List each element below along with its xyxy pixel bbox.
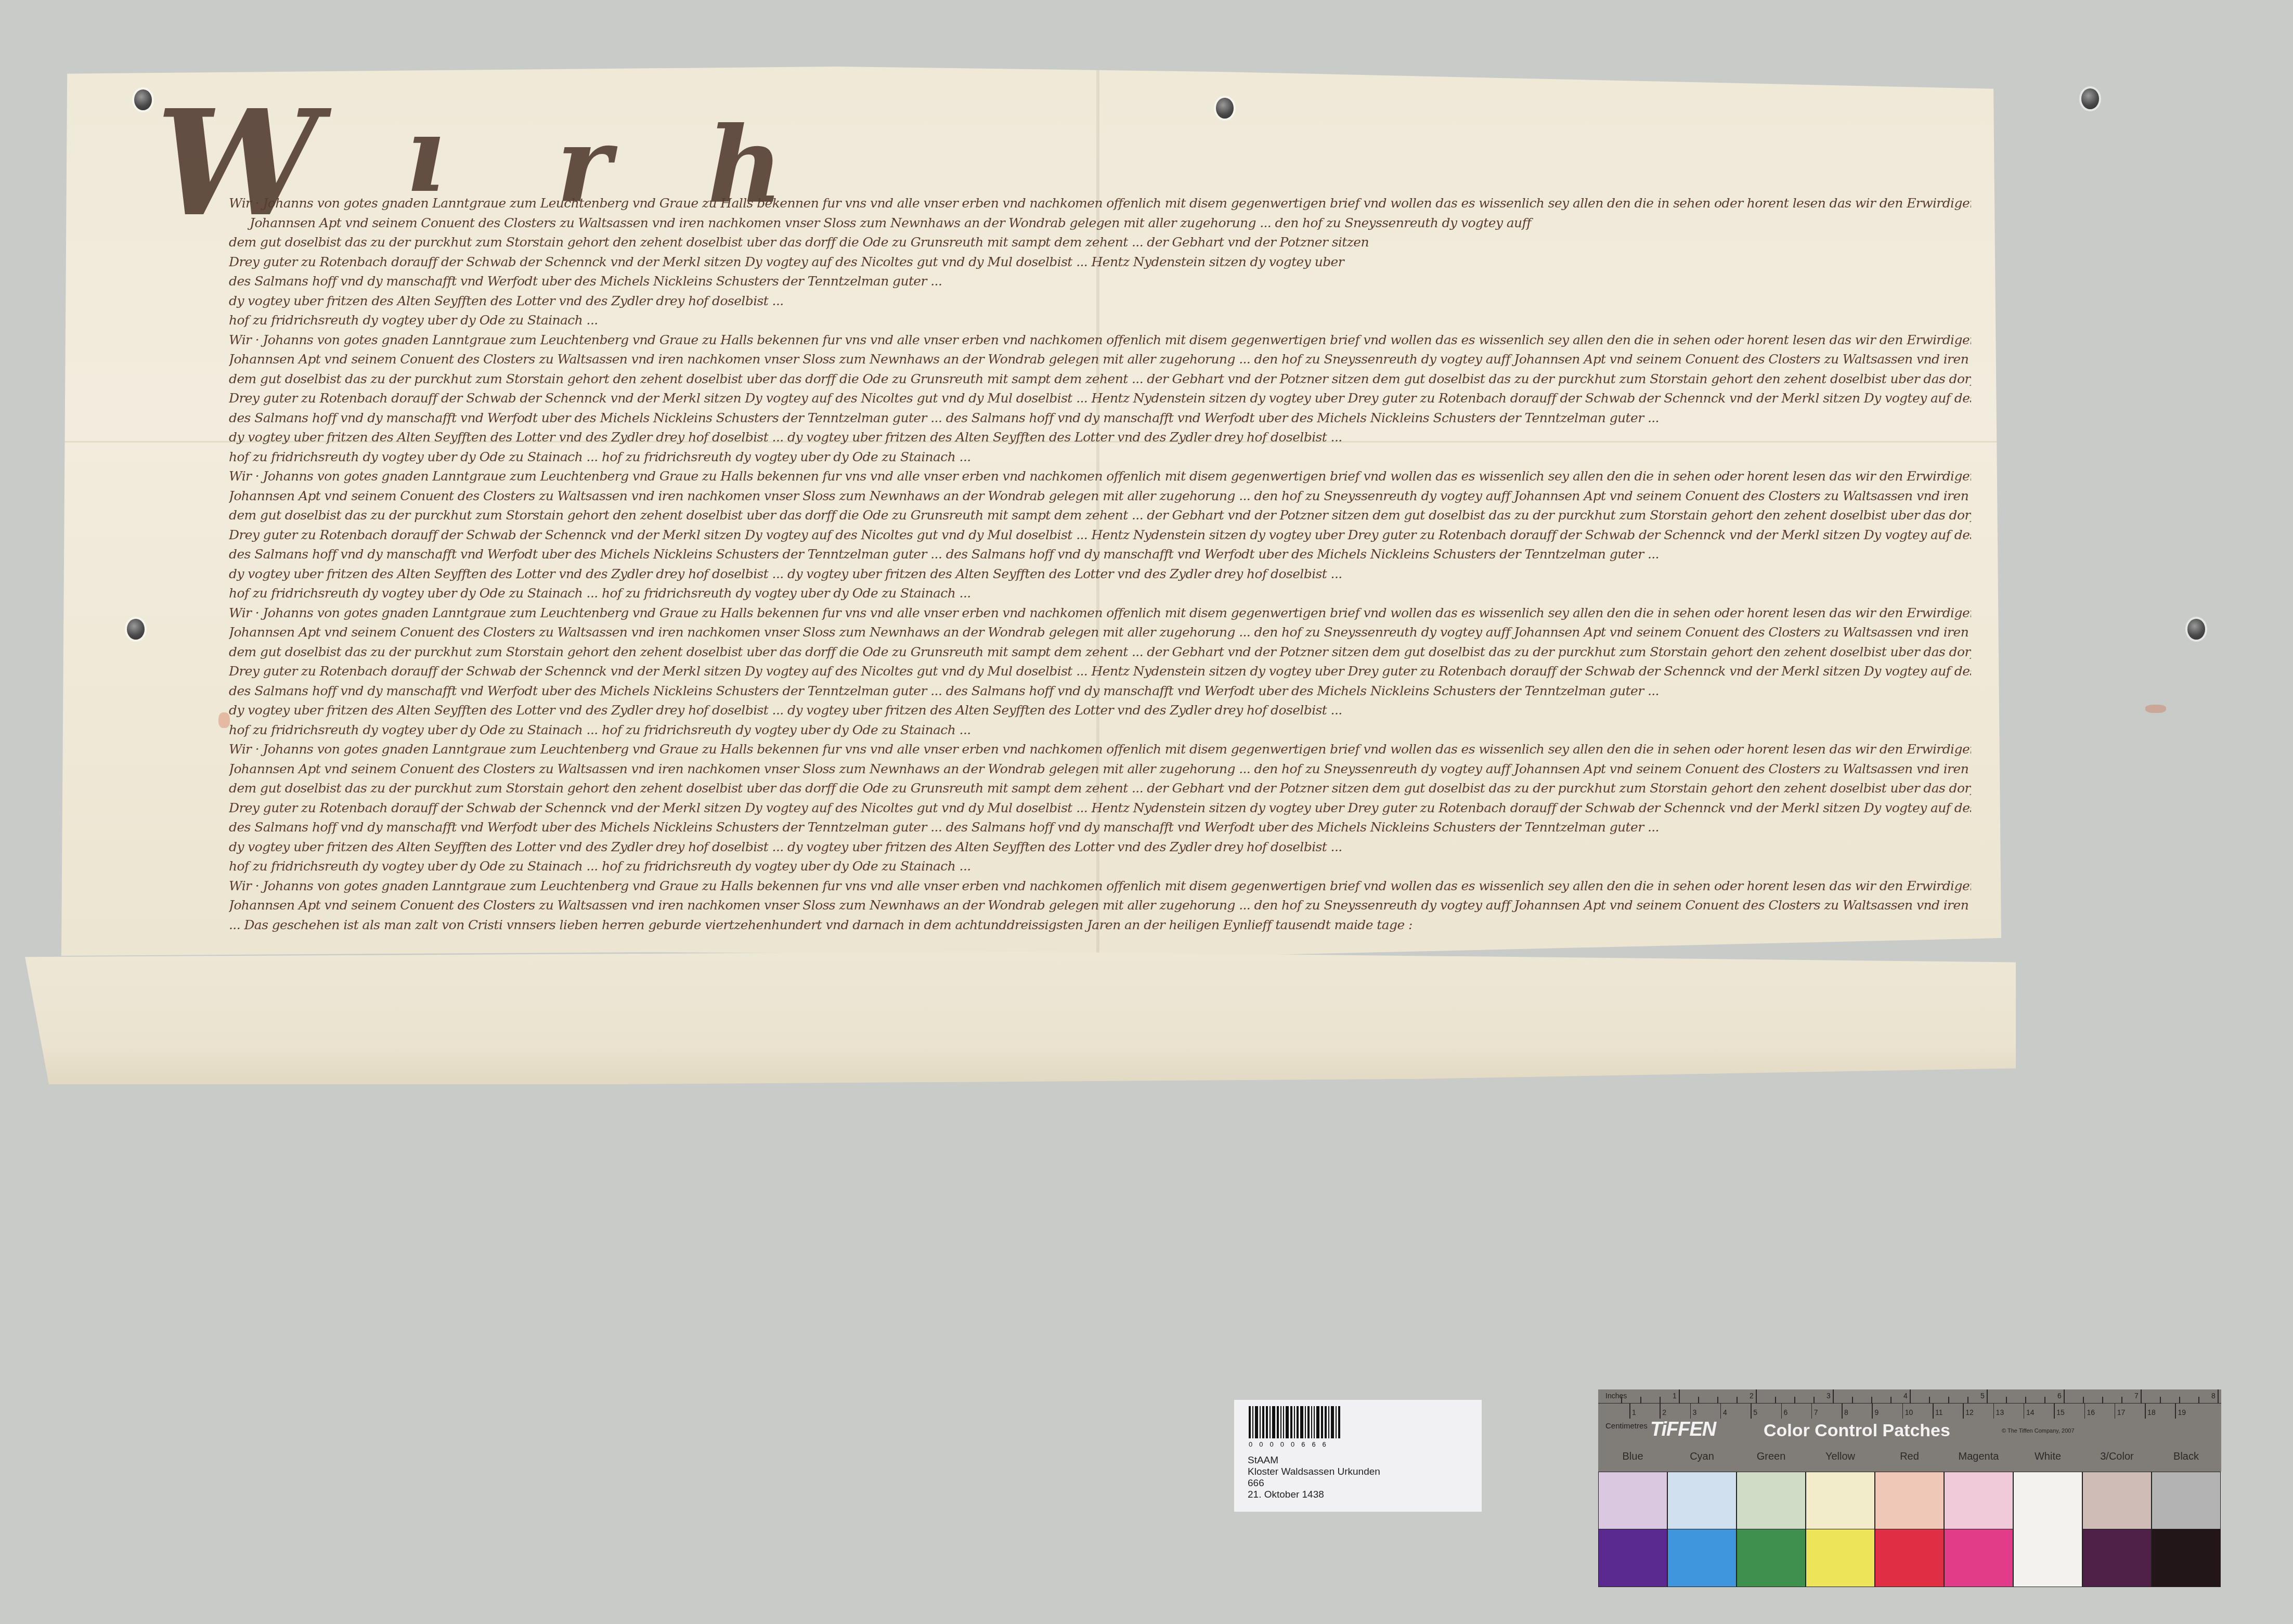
inch-tick	[2218, 1389, 2219, 1403]
inch-minor-tick	[1775, 1397, 1776, 1403]
inch-minor-tick	[1890, 1397, 1892, 1403]
script-line: hof zu fridrichsreuth dy vogtey uber dy …	[229, 447, 1971, 467]
inch-minor-tick	[2083, 1397, 2084, 1403]
patch-light-blue	[1598, 1472, 1667, 1530]
inch-minor-tick	[1660, 1397, 1661, 1403]
inch-tick	[1679, 1389, 1680, 1403]
script-line: Wir · Johanns von gotes gnaden Lanntgrau…	[229, 876, 1971, 896]
barcode-bar	[1307, 1406, 1310, 1438]
script-line: dy vogtey uber fritzen des Alten Seyffte…	[229, 291, 1971, 311]
inch-tick	[1910, 1389, 1911, 1403]
patch-light-3-color	[2082, 1472, 2152, 1530]
cm-tick-label: 19	[2178, 1408, 2186, 1417]
barcode-bar	[1249, 1406, 1251, 1438]
inch-minor-tick	[1717, 1397, 1718, 1403]
script-line: hof zu fridrichsreuth dy vogtey uber dy …	[229, 310, 1971, 330]
cm-tick-label: 1	[1632, 1408, 1636, 1417]
patch-label-3-color: 3/Color	[2082, 1451, 2152, 1463]
inch-minor-tick	[2025, 1397, 2026, 1403]
script-line: Wir · Johanns von gotes gnaden Lanntgrau…	[229, 330, 1971, 350]
inch-tick	[1987, 1389, 1988, 1403]
script-line: dy vogtey uber fritzen des Alten Seyffte…	[229, 837, 1971, 857]
label-collection: Kloster Waldsassen Urkunden	[1248, 1466, 1380, 1478]
inch-minor-tick	[1813, 1397, 1815, 1403]
inch-tick	[2064, 1389, 2065, 1403]
barcode-bar	[1316, 1406, 1319, 1438]
inch-minor-tick	[2179, 1397, 2180, 1403]
inch-tick	[1833, 1389, 1834, 1403]
cm-tick-label: 5	[1753, 1408, 1757, 1417]
script-line: hof zu fridrichsreuth dy vogtey uber dy …	[229, 720, 1971, 740]
inch-tick-label: 2	[1750, 1392, 1754, 1400]
mounting-magnet	[127, 619, 145, 640]
inch-minor-tick	[2006, 1397, 2007, 1403]
cm-tick	[1902, 1403, 1903, 1419]
cm-tick-label: 7	[1814, 1408, 1818, 1417]
inch-tick-label: 5	[1980, 1392, 1985, 1400]
label-number: 666	[1248, 1478, 1264, 1489]
patch-dark-3-color	[2082, 1529, 2152, 1587]
cm-tick-label: 10	[1905, 1408, 1913, 1417]
inch-tick-label: 3	[1826, 1392, 1831, 1400]
patch-label-red: Red	[1875, 1451, 1944, 1463]
barcode-bar	[1338, 1406, 1340, 1438]
cm-tick-label: 13	[1996, 1408, 2004, 1417]
inch-minor-tick	[1967, 1397, 1968, 1403]
script-line: hof zu fridrichsreuth dy vogtey uber dy …	[229, 583, 1971, 603]
charter-text-block: Wir · Johanns von gotes gnaden Lanntgrau…	[229, 193, 1971, 934]
script-line: Wir · Johanns von gotes gnaden Lanntgrau…	[229, 603, 1971, 623]
inch-minor-tick	[1948, 1397, 1949, 1403]
script-line: Wir · Johanns von gotes gnaden Lanntgrau…	[229, 193, 1971, 213]
patch-dark-yellow	[1806, 1529, 1875, 1587]
script-line: Wir · Johanns von gotes gnaden Lanntgrau…	[229, 466, 1971, 486]
label-date: 21. Oktober 1438	[1248, 1489, 1324, 1501]
script-line: dem gut doselbist das zu der purckhut zu…	[229, 232, 1971, 252]
patch-dark-blue	[1598, 1529, 1667, 1587]
inch-minor-tick	[1852, 1397, 1853, 1403]
inch-minor-tick	[1929, 1397, 1930, 1403]
inch-minor-tick	[2102, 1397, 2103, 1403]
inch-minor-tick	[1871, 1397, 1872, 1403]
cm-tick-label: 6	[1784, 1408, 1788, 1417]
patch-light-magenta	[1944, 1472, 2013, 1530]
script-line: Johannsen Apt vnd seinem Conuent des Clo…	[229, 622, 1971, 642]
barcode-bar	[1297, 1406, 1299, 1438]
patch-light-green	[1737, 1472, 1806, 1530]
patch-label-blue: Blue	[1598, 1451, 1667, 1463]
cm-tick	[1720, 1403, 1721, 1419]
script-line: Johannsen Apt vnd seinem Conuent des Clo…	[229, 349, 1971, 369]
barcode-bar	[1280, 1406, 1281, 1438]
cm-tick	[1629, 1403, 1630, 1419]
barcode-bar	[1305, 1406, 1306, 1438]
patch-label-yellow: Yellow	[1806, 1451, 1875, 1463]
ruler: Inches Centimetres 123456781234567891011…	[1598, 1389, 2221, 1472]
cm-tick	[2145, 1403, 2146, 1419]
inch-minor-tick	[2121, 1397, 2122, 1403]
cm-tick-label: 9	[1874, 1408, 1879, 1417]
barcode-bar	[1266, 1406, 1268, 1438]
plica-fold-strip	[25, 952, 2016, 1084]
script-line: Drey guter zu Rotenbach dorauff der Schw…	[229, 661, 1971, 681]
cm-tick-label: 16	[2087, 1408, 2095, 1417]
cm-tick	[1781, 1403, 1782, 1419]
script-line: dy vogtey uber fritzen des Alten Seyffte…	[229, 564, 1971, 584]
cm-tick	[1993, 1403, 1994, 1419]
barcode-bar	[1294, 1406, 1295, 1438]
patch-dark-magenta	[1944, 1529, 2013, 1587]
cm-tick	[1751, 1403, 1752, 1419]
archive-label: 00000666 StAAM Kloster Waldsassen Urkund…	[1234, 1400, 1482, 1512]
cm-tick	[2024, 1403, 2025, 1419]
inch-minor-tick	[1621, 1397, 1622, 1403]
inch-minor-tick	[1640, 1397, 1641, 1403]
inch-tick-label: 4	[1903, 1392, 1908, 1400]
cm-tick	[1933, 1403, 1934, 1419]
barcode-bar	[1321, 1406, 1323, 1438]
patch-label-green: Green	[1737, 1451, 1806, 1463]
barcode-bar	[1331, 1406, 1334, 1438]
barcode-bar	[1283, 1406, 1284, 1438]
script-line: Johannsen Apt vnd seinem Conuent des Clo…	[229, 213, 1971, 233]
cm-tick	[1811, 1403, 1812, 1419]
chart-title: Color Control Patches	[1764, 1421, 1950, 1441]
patch-dark-green	[1737, 1529, 1806, 1587]
inch-minor-tick	[1794, 1397, 1795, 1403]
inch-tick-label: 8	[2211, 1392, 2216, 1400]
inch-tick-label: 6	[2057, 1392, 2062, 1400]
script-line: dem gut doselbist das zu der purckhut zu…	[229, 505, 1971, 525]
patch-white	[2013, 1472, 2082, 1587]
barcode-bar	[1255, 1406, 1258, 1438]
patch-dark-black	[2152, 1529, 2221, 1587]
script-line: Johannsen Apt vnd seinem Conuent des Clo…	[229, 895, 1971, 915]
script-line: hof zu fridrichsreuth dy vogtey uber dy …	[229, 856, 1971, 876]
barcode-bar	[1269, 1406, 1271, 1438]
barcode-bar	[1252, 1406, 1253, 1438]
barcode-bar	[1311, 1406, 1312, 1438]
inch-minor-tick	[2160, 1397, 2161, 1403]
copyright-text: © The Tiffen Company, 2007	[2002, 1428, 2075, 1434]
inch-tick-label: 1	[1673, 1392, 1677, 1400]
tiffen-logo: TiFFEN	[1650, 1419, 1716, 1441]
cm-tick	[2175, 1403, 2176, 1419]
script-line: des Salmans hoff vnd dy manschafft vnd W…	[229, 544, 1971, 564]
ruler-divider	[1598, 1403, 2221, 1404]
script-line: Drey guter zu Rotenbach dorauff der Schw…	[229, 525, 1971, 545]
inch-minor-tick	[1737, 1397, 1738, 1403]
cm-tick-label: 11	[1935, 1408, 1943, 1417]
cm-tick	[2115, 1403, 2116, 1419]
cm-tick-label: 4	[1723, 1408, 1727, 1417]
red-wax-stain-right	[2145, 705, 2166, 713]
cm-tick	[1842, 1403, 1843, 1419]
barcode-bar	[1272, 1406, 1275, 1438]
inch-minor-tick	[2044, 1397, 2045, 1403]
script-line: des Salmans hoff vnd dy manschafft vnd W…	[229, 681, 1971, 701]
script-line: Drey guter zu Rotenbach dorauff der Schw…	[229, 798, 1971, 818]
cm-tick-label: 3	[1693, 1408, 1697, 1417]
label-institution: StAAM	[1248, 1455, 1278, 1466]
patch-dark-cyan	[1667, 1529, 1737, 1587]
patch-label-cyan: Cyan	[1667, 1451, 1737, 1463]
cm-tick-label: 17	[2117, 1408, 2126, 1417]
red-wax-stain-left	[218, 712, 230, 728]
barcode-bar	[1262, 1406, 1264, 1438]
barcode-bar	[1328, 1406, 1329, 1438]
script-line: Drey guter zu Rotenbach dorauff der Schw…	[229, 252, 1971, 272]
script-line: dy vogtey uber fritzen des Alten Seyffte…	[229, 700, 1971, 720]
cm-tick	[1872, 1403, 1873, 1419]
cm-tick-label: 14	[2026, 1408, 2035, 1417]
script-line: Drey guter zu Rotenbach dorauff der Schw…	[229, 388, 1971, 408]
script-line: Wir · Johanns von gotes gnaden Lanntgrau…	[229, 739, 1971, 759]
patch-label-white: White	[2013, 1451, 2082, 1463]
patch-label-magenta: Magenta	[1944, 1451, 2013, 1463]
cm-tick	[2054, 1403, 2055, 1419]
script-line: Johannsen Apt vnd seinem Conuent des Clo…	[229, 486, 1971, 506]
barcode-bar	[1290, 1406, 1292, 1438]
script-filler-lines: Wir · Johanns von gotes gnaden Lanntgrau…	[229, 330, 1971, 915]
patch-light-cyan	[1667, 1472, 1737, 1530]
script-line-final: ... Das geschehen ist als man zalt von C…	[229, 915, 1971, 935]
centimetres-label: Centimetres	[1605, 1422, 1648, 1431]
mounting-magnet	[2081, 88, 2099, 109]
barcode-bar	[1286, 1406, 1289, 1438]
cm-tick	[1963, 1403, 1964, 1419]
barcode-bar	[1336, 1406, 1337, 1438]
barcode-bar	[1260, 1406, 1261, 1438]
inch-minor-tick	[1698, 1397, 1699, 1403]
barcode-bar	[1314, 1406, 1315, 1438]
script-line: dy vogtey uber fritzen des Alten Seyffte…	[229, 427, 1971, 447]
inch-minor-tick	[2198, 1397, 2199, 1403]
barcode-number: 00000666	[1249, 1440, 1333, 1448]
script-line: des Salmans hoff vnd dy manschafft vnd W…	[229, 408, 1971, 428]
barcode-bar	[1277, 1406, 1279, 1438]
script-line: des Salmans hoff vnd dy manschafft vnd W…	[229, 817, 1971, 837]
mounting-magnet	[2187, 619, 2205, 640]
inch-tick	[1756, 1389, 1757, 1403]
cm-tick-label: 2	[1662, 1408, 1666, 1417]
cm-tick	[2084, 1403, 2085, 1419]
inch-tick-label: 7	[2134, 1392, 2139, 1400]
barcode-bar	[1325, 1406, 1327, 1438]
patch-light-black	[2152, 1472, 2221, 1530]
cm-tick-label: 8	[1844, 1408, 1848, 1417]
mounting-magnet	[134, 89, 152, 110]
cm-tick	[1690, 1403, 1691, 1419]
cm-tick-label: 12	[1965, 1408, 1974, 1417]
script-line: Johannsen Apt vnd seinem Conuent des Clo…	[229, 759, 1971, 779]
script-line: dem gut doselbist das zu der purckhut zu…	[229, 642, 1971, 662]
mounting-magnet	[1216, 98, 1234, 119]
cm-tick-label: 15	[2056, 1408, 2065, 1417]
script-line: des Salmans hoff vnd dy manschafft vnd W…	[229, 271, 1971, 291]
barcode-bar	[1300, 1406, 1303, 1438]
cm-tick	[1660, 1403, 1661, 1419]
patch-light-red	[1875, 1472, 1944, 1530]
patch-light-yellow	[1806, 1472, 1875, 1530]
patch-dark-red	[1875, 1529, 1944, 1587]
patch-label-black: Black	[2152, 1451, 2221, 1463]
cm-tick-label: 18	[2147, 1408, 2156, 1417]
script-line: dem gut doselbist das zu der purckhut zu…	[229, 778, 1971, 798]
tiffen-color-chart: Inches Centimetres 123456781234567891011…	[1598, 1389, 2221, 1587]
barcode	[1249, 1406, 1342, 1438]
inches-label: Inches	[1605, 1392, 1627, 1400]
inch-tick	[2141, 1389, 2142, 1403]
script-line: dem gut doselbist das zu der purckhut zu…	[229, 369, 1971, 389]
